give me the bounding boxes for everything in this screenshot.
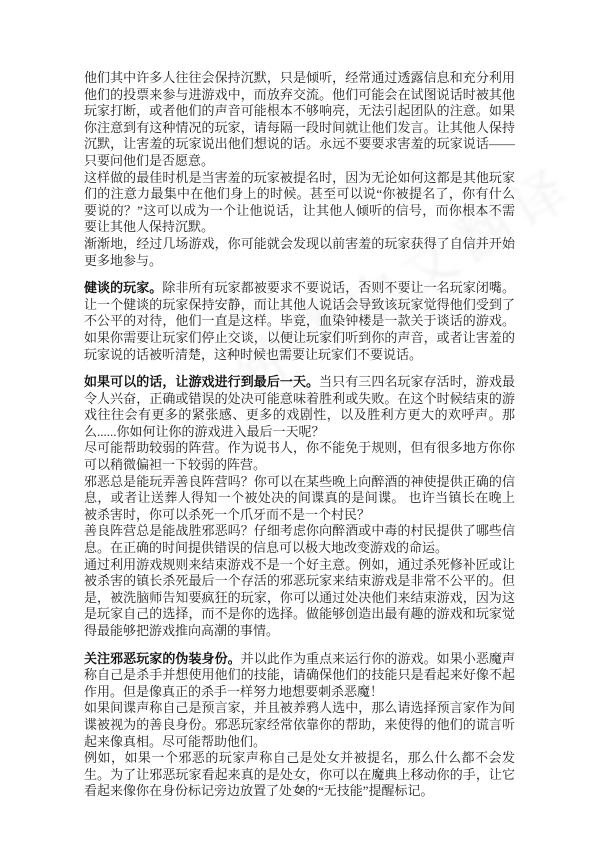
paragraph: 渐渐地，经过几场游戏，你可能就会发现以前害羞的玩家获得了自信并开始更多地参与。 bbox=[84, 236, 515, 269]
paragraph: 尽可能帮助较弱的阵营。作为说书人，你不能免于规则，但有很多地方你你可以稍微偏袒一… bbox=[84, 440, 515, 473]
paragraph-last-day: 如果可以的话，让游戏进行到最后一天。当只有三四名玩家存活时，游戏最令人兴奋，正确… bbox=[84, 374, 515, 440]
paragraph-lead: 如果可以的话，让游戏进行到最后一天。 bbox=[84, 374, 319, 389]
paragraph: 善良阵营总是能战胜邪恶吗？仔细考虑你向醉酒或中毒的村民提供了哪些信息。在正确的时… bbox=[84, 523, 515, 556]
paragraph-lead: 关注邪恶玩家的伪装身份。 bbox=[84, 651, 241, 666]
paragraph: 他们其中许多人往往会保持沉默，只是倾听，经常通过透露信息和充分利用他们的投票来参… bbox=[84, 70, 515, 170]
paragraph-text: 如果间谍声称自己是预言家，并且被养鸦人选中，那么请选择预言家作为间谍被视为的善良… bbox=[84, 700, 515, 748]
paragraph-lead: 健谈的玩家。 bbox=[84, 280, 162, 295]
page-number: 28 bbox=[0, 785, 600, 796]
paragraph: 如果间谍声称自己是预言家，并且被养鸦人选中，那么请选择预言家作为间谍被视为的善良… bbox=[84, 700, 515, 750]
document-page: 血染钟楼中文翻译 他们其中许多人往往会保持沉默，只是倾听，经常通过透露信息和充分… bbox=[0, 0, 600, 848]
paragraph-text: 渐渐地，经过几场游戏，你可能就会发现以前害羞的玩家获得了自信并开始更多地参与。 bbox=[84, 236, 515, 268]
paragraph-talkative-players: 健谈的玩家。除非所有玩家都被要求不要说话，否则不要让一名玩家闭嘴。让一个健谈的玩… bbox=[84, 280, 515, 363]
paragraph: 邪恶总是能玩弄善良阵营吗？你可以在某些晚上向醉酒的神使提供正确的信息，或者让送葬… bbox=[84, 474, 515, 524]
paragraph-evil-bluffs: 关注邪恶玩家的伪装身份。并以此作为重点来运行你的游戏。如果小恶魔声称自己是杀手并… bbox=[84, 651, 515, 701]
paragraph: 通过利用游戏规则来结束游戏不是一个好主意。例如，通过杀死修补匠或让被杀害的镇长杀… bbox=[84, 557, 515, 640]
paragraph: 这样做的最佳时机是当害羞的玩家被提名时，因为无论如何这都是其他玩家们的注意力最集… bbox=[84, 170, 515, 236]
paragraph-text: 通过利用游戏规则来结束游戏不是一个好主意。例如，通过杀死修补匠或让被杀害的镇长杀… bbox=[84, 557, 515, 638]
paragraph-text: 善良阵营总是能战胜邪恶吗？仔细考虑你向醉酒或中毒的村民提供了哪些信息。在正确的时… bbox=[84, 523, 515, 555]
paragraph-text: 邪恶总是能玩弄善良阵营吗？你可以在某些晚上向醉酒的神使提供正确的信息，或者让送葬… bbox=[84, 474, 515, 522]
paragraph-text: 他们其中许多人往往会保持沉默，只是倾听，经常通过透露信息和充分利用他们的投票来参… bbox=[84, 70, 515, 168]
paragraph-text: 这样做的最佳时机是当害羞的玩家被提名时，因为无论如何这都是其他玩家们的注意力最集… bbox=[84, 170, 515, 235]
page-content: 他们其中许多人往往会保持沉默，只是倾听，经常通过透露信息和充分利用他们的投票来参… bbox=[84, 70, 515, 800]
paragraph-text: 尽可能帮助较弱的阵营。作为说书人，你不能免于规则，但有很多地方你你可以稍微偏袒一… bbox=[84, 440, 515, 472]
